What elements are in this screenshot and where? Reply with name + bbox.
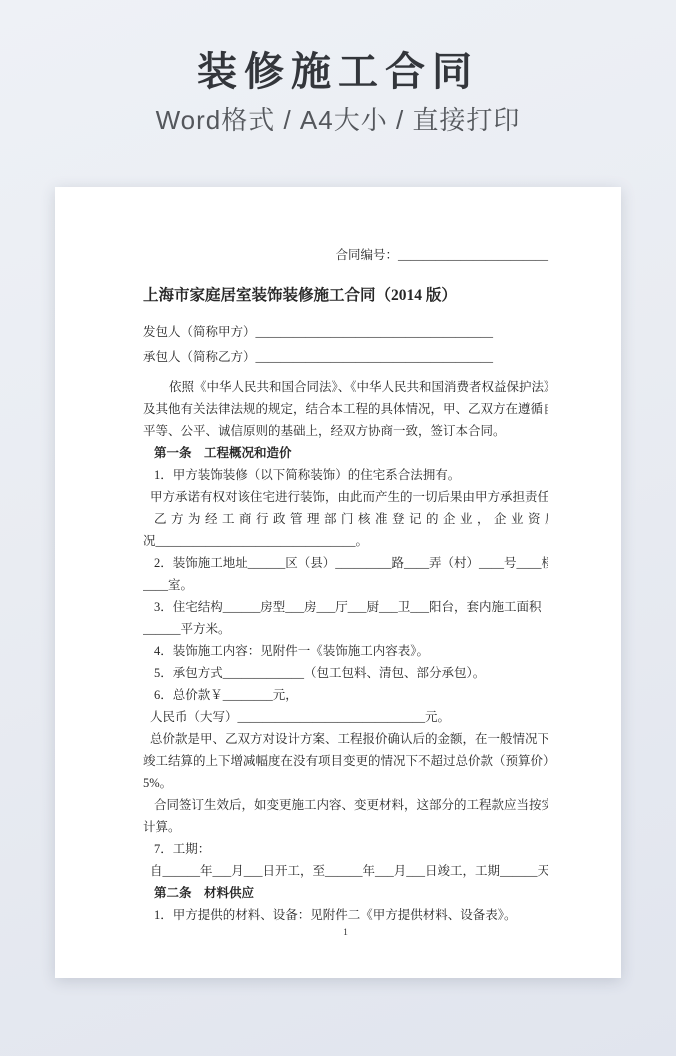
document-content: 合同编号：________________________ 上海市家庭居室装饰装… (143, 244, 548, 940)
page-number: 1 (143, 927, 548, 940)
doc-line: ____室。 (143, 574, 548, 596)
doc-line: 乙方为经工商行政管理部门核准登记的企业，企业资质情 (143, 508, 548, 530)
contract-number-blank: ________________________ (398, 248, 548, 262)
doc-line: 平等、公平、诚信原则的基础上，经双方协商一致，签订本合同。 (143, 420, 548, 442)
doc-line: 况________________________________。 (143, 530, 548, 552)
parties-block: 发包人（简称甲方）_______________________________… (143, 320, 548, 370)
party-b-label: 承包人（简称乙方） (143, 350, 256, 364)
doc-line: 及其他有关法律法规的规定，结合本工程的具体情况，甲、乙双方在遵循自愿、 (143, 398, 548, 420)
contract-number-row: 合同编号：________________________ (143, 244, 548, 266)
contract-number-label: 合同编号： (335, 248, 398, 262)
party-a-row: 发包人（简称甲方）_______________________________… (143, 320, 548, 345)
doc-line: 2．装饰施工地址______区（县）_________路____弄（村）____… (143, 552, 548, 574)
doc-line: 人民币（大写）______________________________元。 (143, 706, 548, 728)
contract-body: 依照《中华人民共和国合同法》、《中华人民共和国消费者权益保护法》以及其他有关法律… (143, 376, 548, 926)
doc-line: 依照《中华人民共和国合同法》、《中华人民共和国消费者权益保护法》以 (143, 376, 548, 398)
page-header: 装修施工合同 Word格式 / A4大小 / 直接打印 (0, 0, 676, 187)
doc-line: 1．甲方提供的材料、设备：见附件二《甲方提供材料、设备表》。 (143, 904, 548, 926)
doc-line: 第一条 工程概况和造价 (143, 442, 548, 464)
doc-line: 计算。 (143, 816, 548, 838)
doc-line: 5%。 (143, 772, 548, 794)
site-subtitle: Word格式 / A4大小 / 直接打印 (0, 106, 676, 134)
document-page: 合同编号：________________________ 上海市家庭居室装饰装… (55, 187, 621, 978)
doc-line: 4．装饰施工内容：见附件一《装饰施工内容表》。 (143, 640, 548, 662)
doc-line: 自______年___月___日开工，至______年___月___日竣工，工期… (143, 860, 548, 882)
doc-line: 竣工结算的上下增减幅度在没有项目变更的情况下不超过总价款（预算价）的 (143, 750, 548, 772)
party-a-label: 发包人（简称甲方） (143, 325, 256, 339)
doc-line: 3．住宅结构______房型___房___厅___厨___卫___阳台，套内施工… (143, 596, 548, 618)
contract-title: 上海市家庭居室装饰装修施工合同（2014 版） (143, 284, 548, 308)
doc-line: ______平方米。 (143, 618, 548, 640)
party-b-row: 承包人（简称乙方）_______________________________… (143, 345, 548, 370)
party-b-blank: ______________________________________ (256, 350, 494, 364)
party-a-blank: ______________________________________ (256, 325, 494, 339)
doc-line: 第二条 材料供应 (143, 882, 548, 904)
doc-line: 7．工期： (143, 838, 548, 860)
site-title: 装修施工合同 (0, 0, 676, 94)
doc-line: 6．总价款￥________元， (143, 684, 548, 706)
doc-line: 总价款是甲、乙双方对设计方案、工程报价确认后的金额，在一般情况下， (143, 728, 548, 750)
doc-line: 甲方承诺有权对该住宅进行装饰，由此而产生的一切后果由甲方承担责任。 (143, 486, 548, 508)
doc-line: 合同签订生效后，如变更施工内容、变更材料，这部分的工程款应当按实 (143, 794, 548, 816)
doc-line: 1．甲方装饰装修（以下简称装饰）的住宅系合法拥有。 (143, 464, 548, 486)
doc-line: 5．承包方式_____________（包工包料、清包、部分承包）。 (143, 662, 548, 684)
